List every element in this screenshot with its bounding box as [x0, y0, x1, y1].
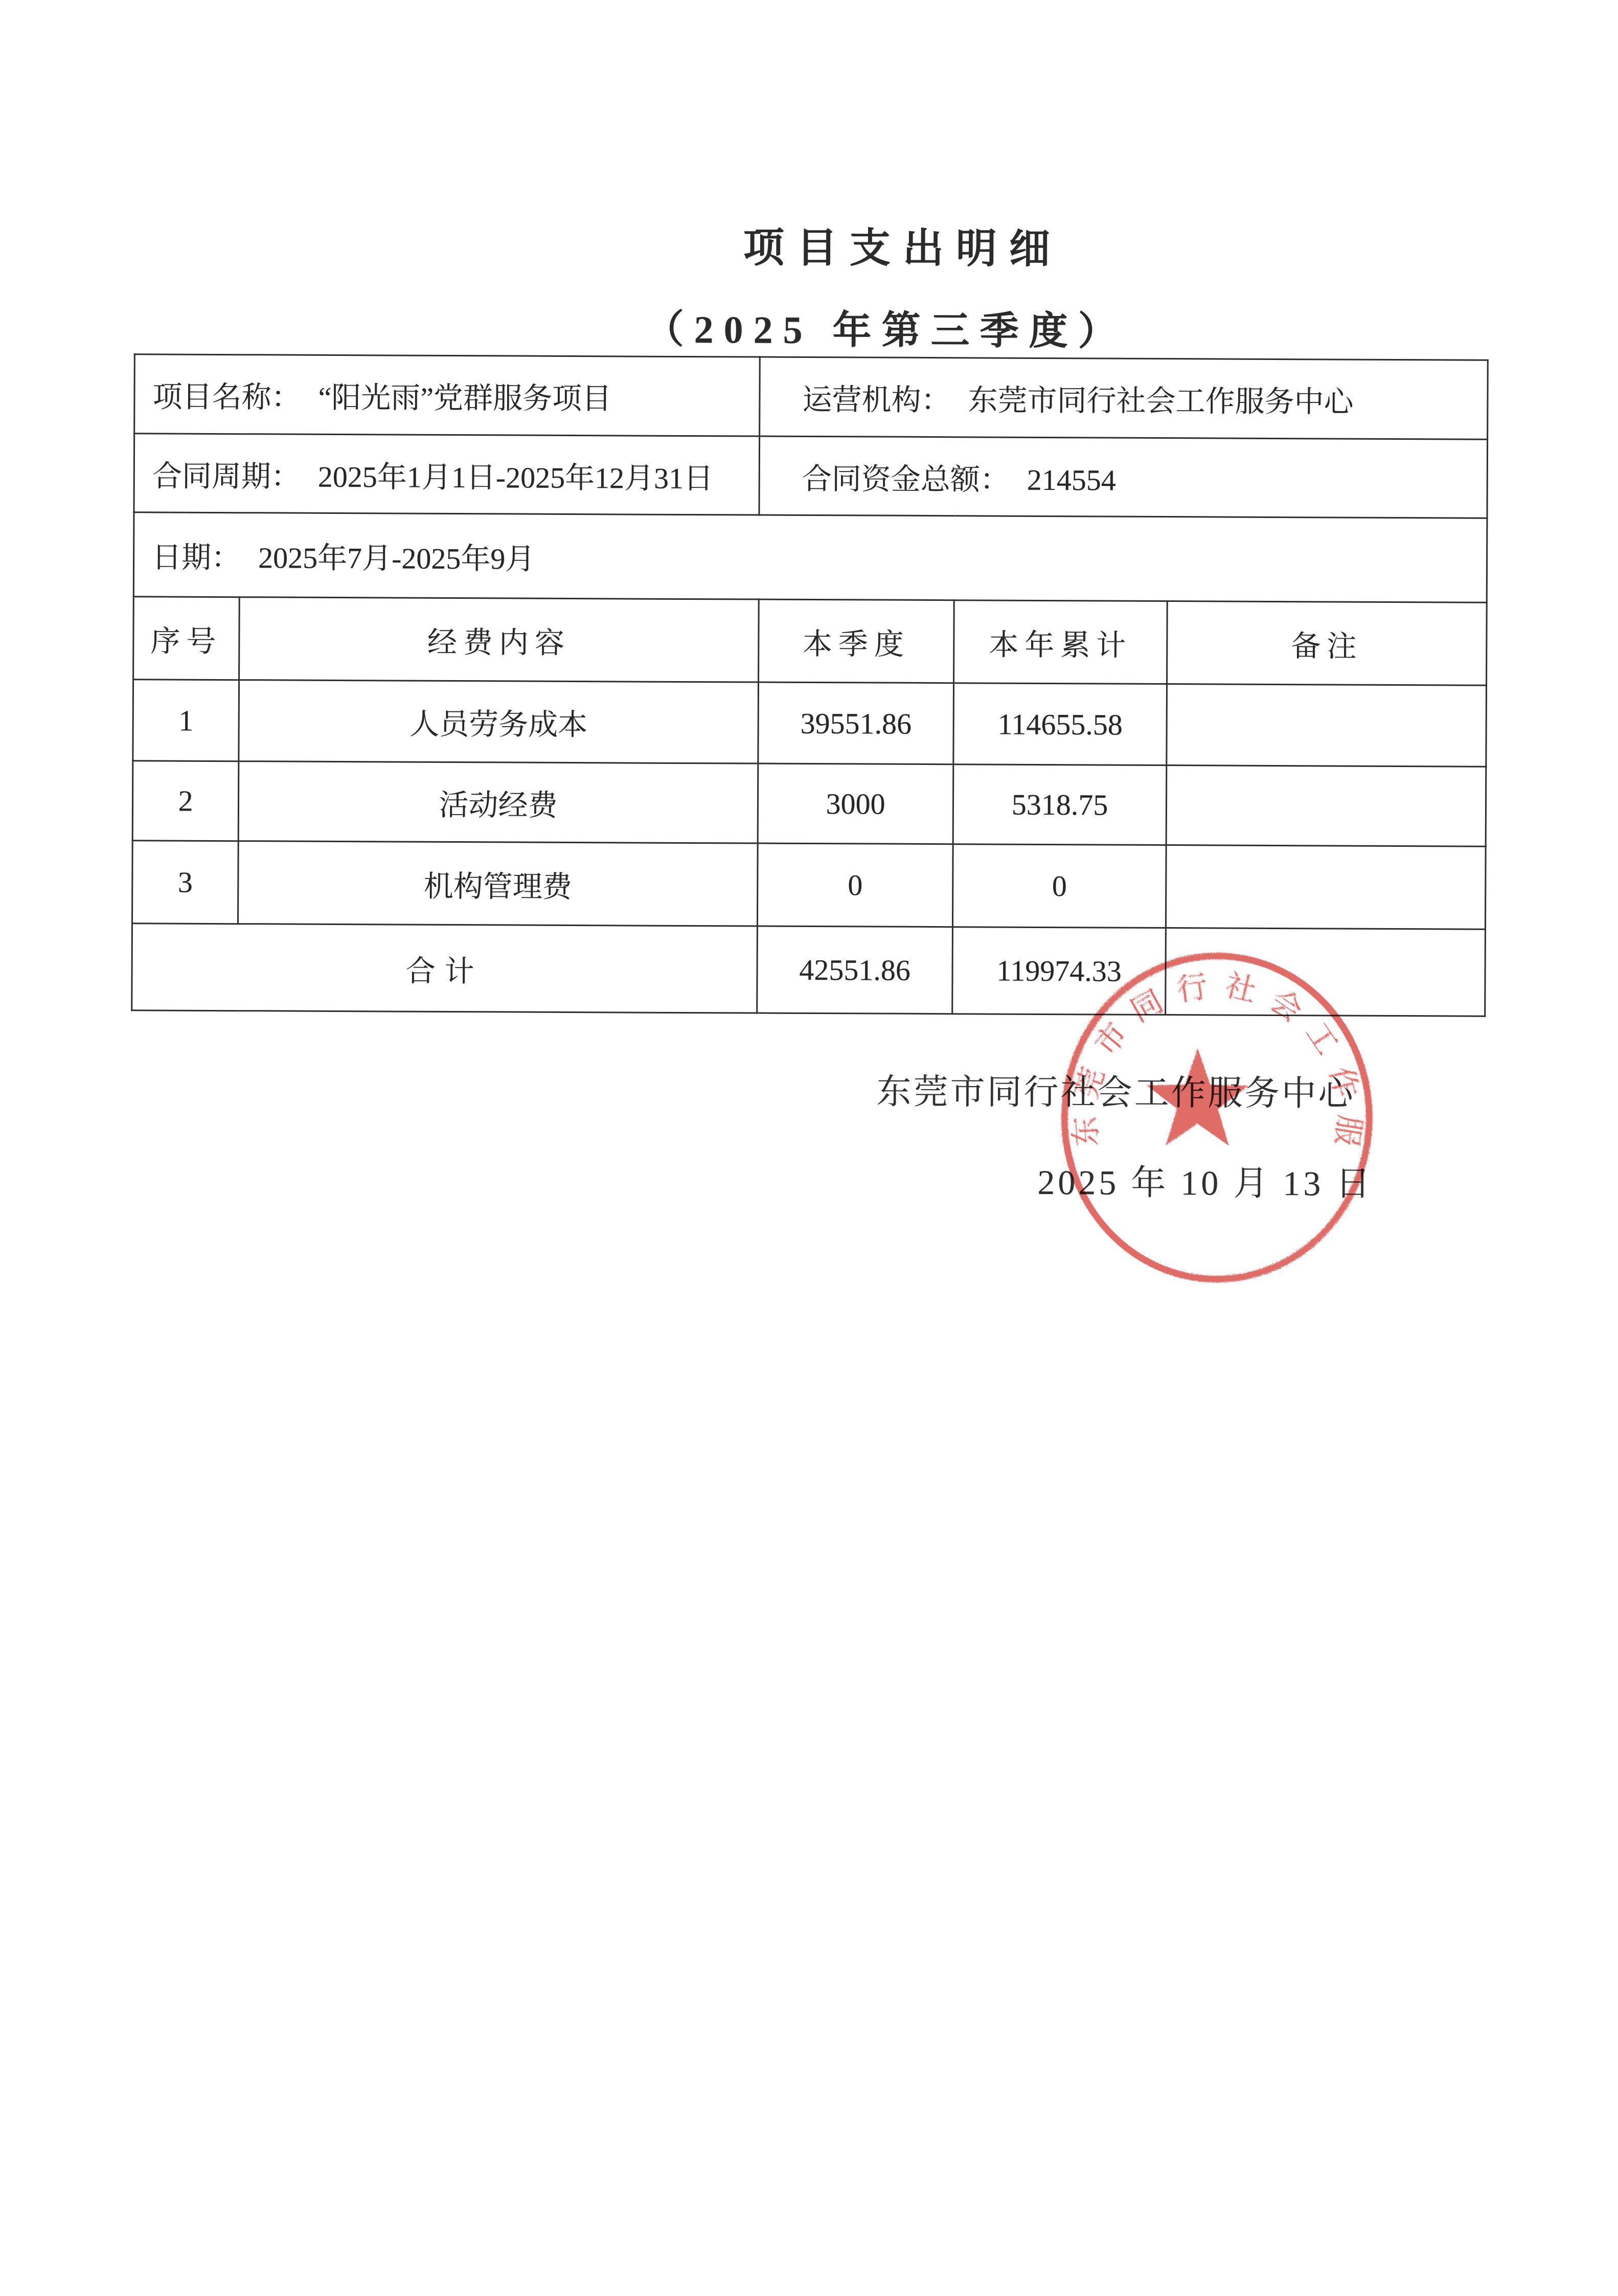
scanned-document: 项目支出明细 （2025 年第三季度） 项目名称：“阳光雨”党群服务项目 运营机… [0, 0, 1618, 2296]
contract-period-value: 2025年1月1日-2025年12月31日 [318, 460, 714, 494]
row-ytd: 114655.58 [953, 683, 1167, 766]
contract-total-cell: 合同资金总额：214554 [759, 436, 1488, 518]
row-content: 活动经费 [238, 761, 758, 843]
official-seal-stamp: 东莞市同行社会工作服务中心 [1055, 948, 1379, 1286]
expenditure-table: 项目名称：“阳光雨”党群服务项目 运营机构：东莞市同行社会工作服务中心 合同周期… [131, 353, 1489, 1017]
table-row: 3 机构管理费 0 0 [132, 841, 1486, 930]
document-subtitle: （2025 年第三季度） [645, 298, 1127, 356]
operator-label: 运营机构： [802, 383, 950, 417]
header-quarter: 本季度 [759, 599, 954, 683]
row-index: 1 [133, 680, 239, 761]
date-range-value: 2025年7月-2025年9月 [258, 541, 535, 575]
contract-period-cell: 合同周期：2025年1月1日-2025年12月31日 [134, 434, 760, 515]
date-range-cell: 日期：2025年7月-2025年9月 [133, 512, 1487, 603]
row-quarter: 39551.86 [758, 682, 954, 764]
row-ytd: 5318.75 [953, 764, 1167, 845]
document-page: 项目支出明细 （2025 年第三季度） 项目名称：“阳光雨”党群服务项目 运营机… [0, 0, 1618, 2296]
project-name-cell: 项目名称：“阳光雨”党群服务项目 [134, 354, 760, 436]
row-index: 2 [132, 761, 239, 841]
info-row-project: 项目名称：“阳光雨”党群服务项目 运营机构：东莞市同行社会工作服务中心 [134, 354, 1488, 440]
table-header-row: 序号 经费内容 本季度 本年累计 备注 [133, 597, 1487, 686]
contract-period-label: 合同周期： [152, 459, 301, 493]
total-label: 合计 [132, 924, 758, 1013]
info-row-contract: 合同周期：2025年1月1日-2025年12月31日 合同资金总额：214554 [134, 434, 1488, 519]
row-ytd: 0 [952, 844, 1166, 928]
header-ytd: 本年累计 [954, 600, 1168, 684]
row-quarter: 0 [757, 843, 953, 927]
header-note: 备注 [1167, 601, 1487, 686]
contract-total-value: 214554 [1027, 463, 1116, 497]
date-range-label: 日期： [152, 541, 241, 574]
row-quarter: 3000 [758, 763, 953, 844]
contract-total-label: 合同资金总额： [802, 462, 1010, 496]
document-title: 项目支出明细 [743, 214, 1062, 275]
header-content: 经费内容 [239, 597, 759, 682]
table-row: 2 活动经费 3000 5318.75 [132, 761, 1486, 847]
row-note [1167, 684, 1487, 767]
operator-value: 东莞市同行社会工作服务中心 [968, 384, 1353, 418]
project-name-label: 项目名称： [152, 380, 301, 414]
row-content: 机构管理费 [238, 841, 758, 926]
row-note [1166, 845, 1486, 930]
project-name-value: “阳光雨”党群服务项目 [318, 381, 611, 416]
table-row: 1 人员劳务成本 39551.86 114655.58 [133, 680, 1487, 767]
row-note [1166, 766, 1486, 847]
header-index: 序号 [133, 597, 240, 680]
total-quarter: 42551.86 [757, 926, 953, 1014]
row-content: 人员劳务成本 [239, 680, 759, 763]
info-row-date: 日期：2025年7月-2025年9月 [133, 512, 1487, 603]
row-index: 3 [132, 841, 238, 924]
seal-star-icon [1146, 1048, 1249, 1146]
operator-cell: 运营机构：东莞市同行社会工作服务中心 [760, 357, 1488, 439]
